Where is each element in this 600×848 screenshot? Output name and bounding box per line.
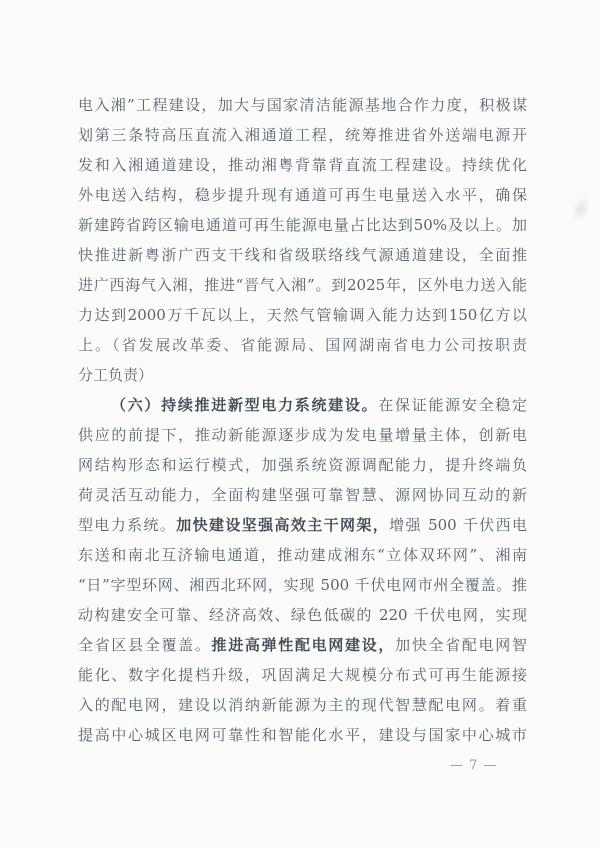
- text-segment: 动构建安全可靠、经济高效、绿色低碳的 220 千伏电网，实现: [78, 606, 527, 624]
- text-segment: 快推进新粤浙广西支干线和省级联络线气源通道建设，全面推: [78, 246, 527, 264]
- text-segment: 东送和南北互济输电通道，推动建成湘东“立体双环网”、湘南: [78, 546, 527, 564]
- text-segment: 外电送入结构，稳步提升现有通道可再生电量送入水平，确保: [78, 186, 527, 204]
- page-number: — 7 —: [450, 757, 530, 775]
- text-segment: 新建跨省跨区输电通道可再生能源电量占比达到50%及以上。加: [78, 216, 527, 234]
- text-segment: 力达到2000万千瓦以上，天然气管输调入能力达到150亿方以: [78, 306, 527, 324]
- text-line: 网结构形态和运行模式，加强系统资源调配能力，提升终端负: [78, 450, 527, 480]
- text-segment: 荷灵活互动能力，全面构建坚强可靠智慧、源网协同互动的新: [78, 486, 527, 504]
- text-segment: （省发展改革委、省能源局、国网湖南省电力公司按职责: [112, 336, 527, 354]
- document-body: 电入湘”工程建设，加大与国家清洁能源基地合作力度，积极谋划第三条特高压直流入湘通…: [78, 90, 527, 750]
- text-line: 能化、数字化提档升级，巩固满足大规模分布式可再生能源接: [78, 660, 527, 690]
- text-line: “日”字型环网、湘西北环网，实现 500 千伏电网市州全覆盖。推: [78, 570, 527, 600]
- text-segment: 在保证能源安全稳定: [378, 396, 527, 414]
- text-segment: 推进高弹性配电网建设，: [212, 636, 396, 654]
- text-line: 供应的前提下，推动新能源逐步成为发电量增量主体，创新电: [78, 420, 527, 450]
- text-segment: “日”字型环网、湘西北环网，实现 500 千伏电网市州全覆盖。推: [78, 576, 527, 594]
- text-segment: 能化、数字化提档升级，巩固满足大规模分布式可再生能源接: [78, 666, 527, 684]
- text-line: 划第三条特高压直流入湘通道工程，统筹推进省外送端电源开: [78, 120, 527, 150]
- text-line: 全省区县全覆盖。推进高弹性配电网建设，加快全省配电网智: [78, 630, 527, 660]
- text-line: 新建跨省跨区输电通道可再生能源电量占比达到50%及以上。加: [78, 210, 527, 240]
- text-line: 电入湘”工程建设，加大与国家清洁能源基地合作力度，积极谋: [78, 90, 527, 120]
- text-line: 上。（省发展改革委、省能源局、国网湖南省电力公司按职责: [78, 330, 527, 360]
- text-line: 提高中心城区电网可靠性和智能化水平，建设与国家中心城市: [78, 720, 527, 750]
- text-segment: 进广西海气入湘，推进“晋气入湘”。到2025年，区外电力送入能: [78, 276, 527, 294]
- text-segment: 提高中心城区电网可靠性和智能化水平，建设与国家中心城市: [78, 726, 527, 744]
- text-segment: 上。: [78, 336, 112, 354]
- text-line: 分工负责）: [78, 360, 527, 390]
- text-segment: （六）持续推进新型电力系统建设。: [111, 396, 378, 414]
- text-segment: 加快建设坚强高效主干网架，: [176, 516, 389, 534]
- text-segment: 全省区县全覆盖。: [78, 636, 212, 654]
- text-line: 东送和南北互济输电通道，推动建成湘东“立体双环网”、湘南: [78, 540, 527, 570]
- text-line: 外电送入结构，稳步提升现有通道可再生电量送入水平，确保: [78, 180, 527, 210]
- scan-smudge: [569, 194, 593, 224]
- text-line: 进广西海气入湘，推进“晋气入湘”。到2025年，区外电力送入能: [78, 270, 527, 300]
- text-segment: 加快全省配电网智: [395, 636, 527, 654]
- text-segment: 发和入湘通道建设，推动湘粤背靠背直流工程建设。持续优化: [78, 156, 527, 174]
- text-line: 荷灵活互动能力，全面构建坚强可靠智慧、源网协同互动的新: [78, 480, 527, 510]
- text-segment: 划第三条特高压直流入湘通道工程，统筹推进省外送端电源开: [78, 126, 527, 144]
- text-line: 快推进新粤浙广西支干线和省级联络线气源通道建设，全面推: [78, 240, 527, 270]
- text-segment: 型电力系统。: [78, 516, 176, 534]
- document-page: 电入湘”工程建设，加大与国家清洁能源基地合作力度，积极谋划第三条特高压直流入湘通…: [0, 0, 600, 848]
- text-line: 动构建安全可靠、经济高效、绿色低碳的 220 千伏电网，实现: [78, 600, 527, 630]
- text-line: 发和入湘通道建设，推动湘粤背靠背直流工程建设。持续优化: [78, 150, 527, 180]
- text-line: 力达到2000万千瓦以上，天然气管输调入能力达到150亿方以: [78, 300, 527, 330]
- text-segment: 分工负责）: [78, 366, 153, 384]
- text-line: （六）持续推进新型电力系统建设。在保证能源安全稳定: [78, 390, 527, 420]
- text-segment: 供应的前提下，推动新能源逐步成为发电量增量主体，创新电: [78, 426, 527, 444]
- text-segment: 入的配电网，建设以消纳新能源为主的现代智慧配电网。着重: [78, 696, 527, 714]
- text-segment: 增强 500 千伏西电: [389, 516, 527, 534]
- text-segment: 网结构形态和运行模式，加强系统资源调配能力，提升终端负: [78, 456, 527, 474]
- text-segment: 电入湘”工程建设，加大与国家清洁能源基地合作力度，积极谋: [78, 96, 527, 114]
- text-line: 型电力系统。加快建设坚强高效主干网架，增强 500 千伏西电: [78, 510, 527, 540]
- text-line: 入的配电网，建设以消纳新能源为主的现代智慧配电网。着重: [78, 690, 527, 720]
